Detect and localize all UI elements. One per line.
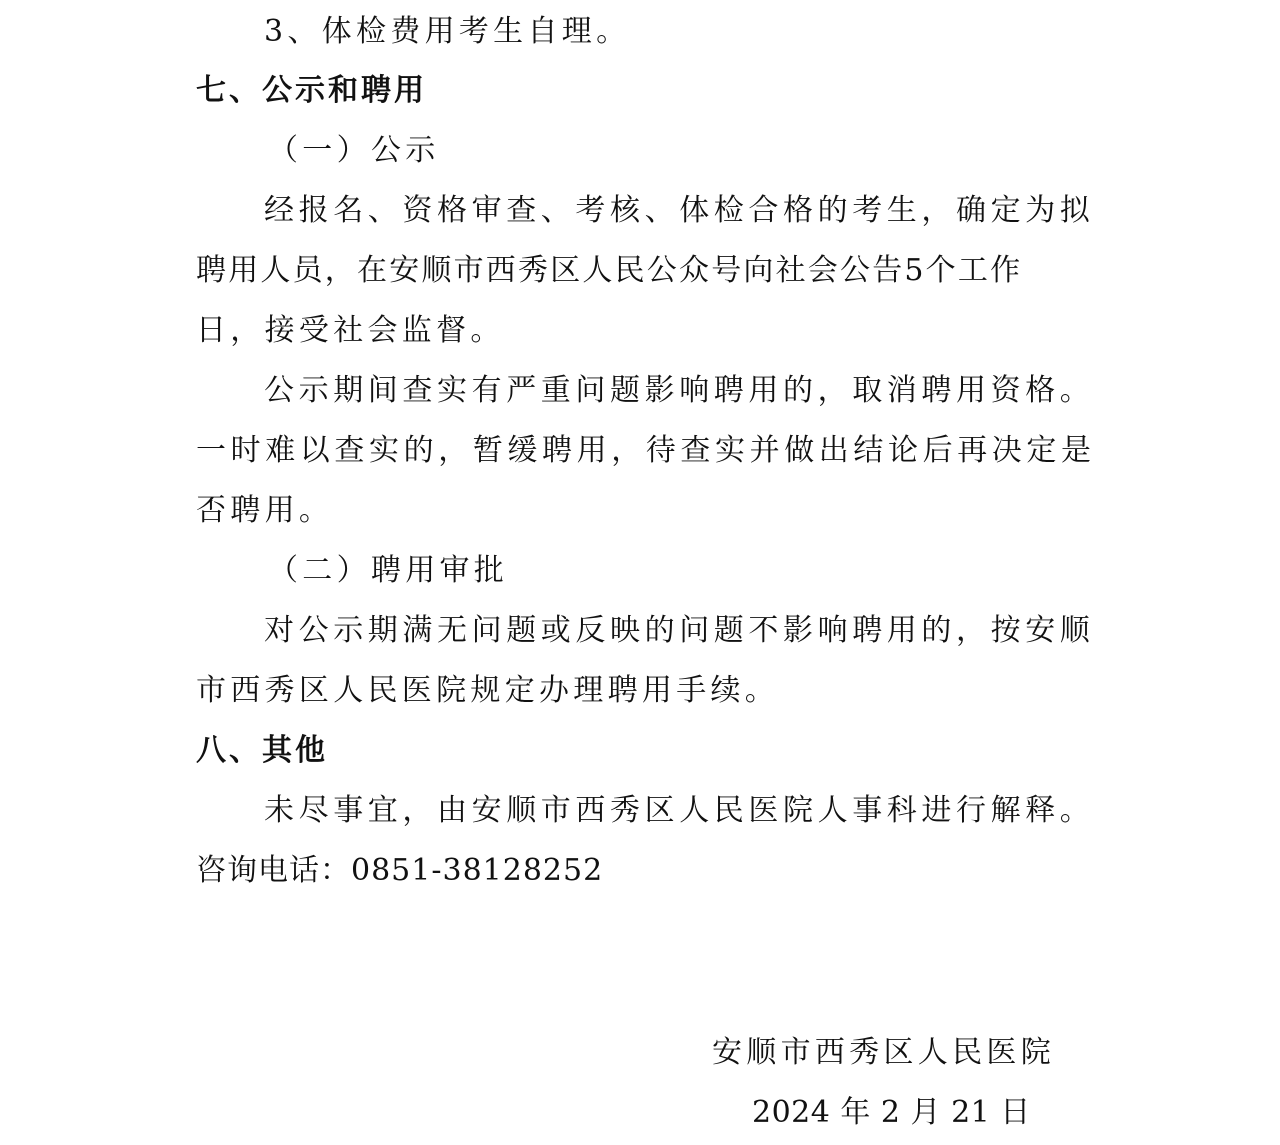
subsection-2-heading: （二）聘用审批 — [268, 541, 508, 601]
signature-organization: 安顺市西秀区人民医院 — [712, 1023, 1055, 1083]
contact-phone: 咨询电话：0851-38128252 — [196, 841, 603, 901]
paragraph-verification-line-1: 公示期间查实有严重问题影响聘用的，取消聘用资格。 — [264, 361, 1094, 421]
paragraph-approval-line-1: 对公示期满无问题或反映的问题不影响聘用的，按安顺 — [264, 601, 1094, 661]
paragraph-approval-line-2: 市西秀区人民医院规定办理聘用手续。 — [196, 661, 779, 721]
section-8-heading: 八、其他 — [196, 721, 328, 781]
paragraph-publicity-line-2: 聘用人员，在安顺市西秀区人民公众号向社会公告5个工作 — [196, 241, 1022, 301]
paragraph-publicity-line-3: 日，接受社会监督。 — [196, 301, 505, 361]
subsection-1-heading: （一）公示 — [268, 121, 440, 181]
paragraph-verification-line-2: 一时难以查实的，暂缓聘用，待查实并做出结论后再决定是 — [196, 421, 1096, 481]
section-7-heading: 七、公示和聘用 — [196, 61, 427, 121]
signature-date: 2024 年 2 月 21 日 — [752, 1083, 1031, 1143]
paragraph-publicity-line-1: 经报名、资格审查、考核、体检合格的考生，确定为拟 — [264, 181, 1094, 241]
item-3-exam-fee: 3、体检费用考生自理。 — [264, 2, 630, 62]
paragraph-verification-line-3: 否聘用。 — [196, 481, 333, 541]
paragraph-other-line-1: 未尽事宜，由安顺市西秀区人民医院人事科进行解释。 — [264, 781, 1094, 841]
